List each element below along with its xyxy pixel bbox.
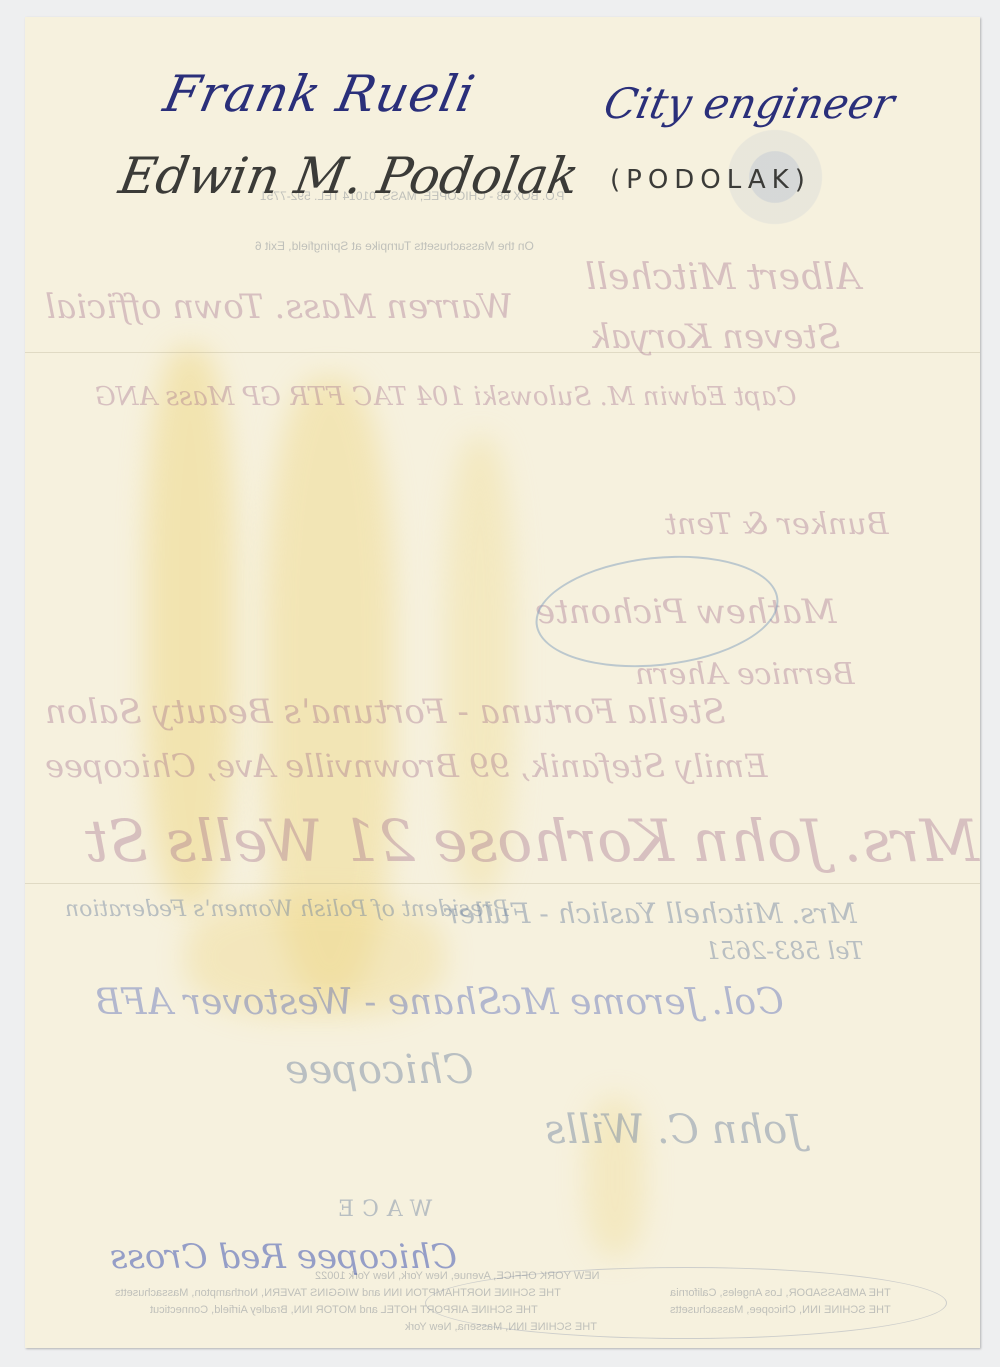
entry: Stella Fortuna - Fortuna's Beauty Salon [45, 692, 726, 732]
pencil-signature: Edwin M. Podolak [115, 147, 584, 205]
handwritten-title: City engineer [600, 79, 899, 128]
entry: Capt Edwin M. Sulowski 104 TAC FTR GP Ma… [95, 382, 796, 412]
entry: Bunker & Tent [665, 507, 889, 542]
footer-line: THE SCHINE NORTHAMPTON INN and WIGGINS T… [115, 1287, 561, 1299]
entry: Chicopee [285, 1047, 474, 1093]
entry: Tel 583-2651 [705, 937, 864, 965]
footer-line: THE SCHINE INN, Chicopee, Massachusetts [670, 1304, 891, 1316]
footer-line: THE SCHINE AIRPORT HOTEL and MOTOR INN, … [150, 1304, 538, 1316]
entry: Steven Koryak [590, 317, 840, 357]
fold-line [25, 883, 980, 884]
entry: Emily Stefanik, 99 Brownville Ave, Chico… [45, 747, 768, 785]
entry: John C. Wills [545, 1107, 803, 1153]
footer-line: NEW YORK OFFICE, Avenue, New York, New Y… [315, 1270, 600, 1282]
footer-line: THE AMBASSADOR, Los Angeles, California [670, 1287, 891, 1299]
entry: President of Polish Women's Federation [65, 897, 509, 922]
handwritten-name: Frank Rueli [159, 65, 481, 123]
footer-line: THE SCHINE INN, Massena, New York [405, 1321, 597, 1333]
letterhead-tagline: On the Massachusetts Turnpike at Springf… [255, 239, 534, 253]
entry: Albert Mitchell [585, 257, 861, 298]
document-page: P.O. BOX 68 - CHICOPEE, MASS. 01014 TEL.… [25, 17, 980, 1348]
entry: WACE [330, 1197, 432, 1222]
entry: Mrs. John Korhose 21 Wells St [85, 807, 979, 875]
entry: Warren Mass. Town official [45, 287, 513, 327]
printed-name-clarification: (PODOLAK) [610, 165, 811, 195]
entry: Col. Jerome McShane - Westover AFB [95, 982, 784, 1023]
